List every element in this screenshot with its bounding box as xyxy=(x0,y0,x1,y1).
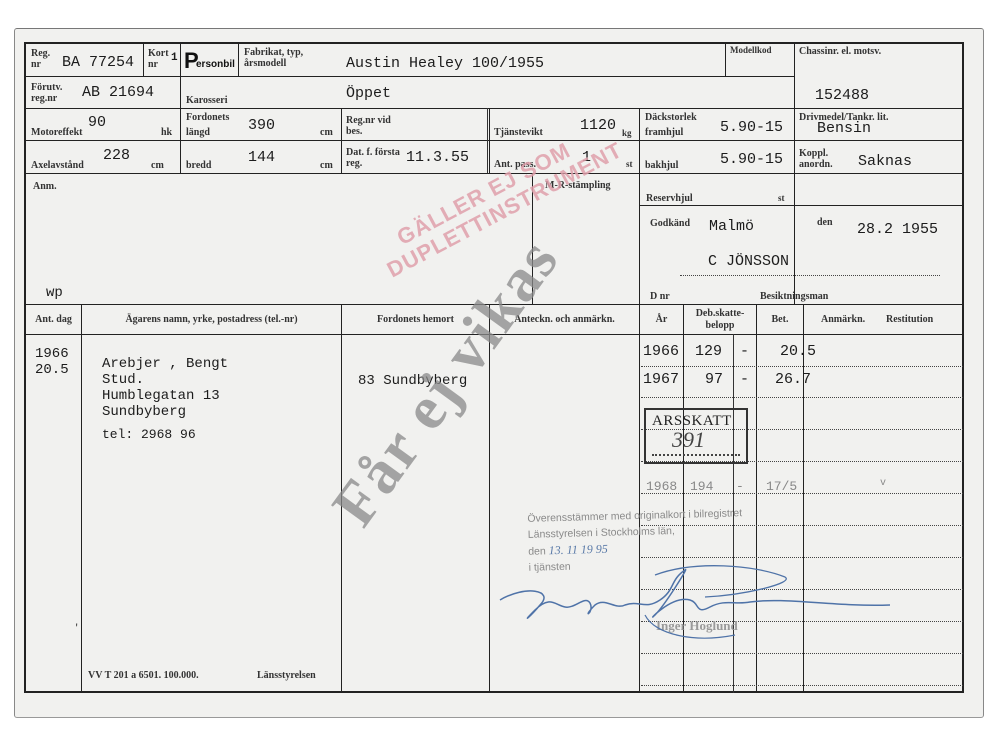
besiktningsman-label: Besiktningsman xyxy=(760,291,828,302)
header-ant-dag: Ant. dag xyxy=(26,314,81,325)
framhjul-value: 5.90-15 xyxy=(720,120,783,136)
tax-1968-year: 1968 xyxy=(646,479,677,494)
tax-1968-ore: - xyxy=(736,479,744,494)
bredd-unit: cm xyxy=(320,160,333,171)
chassi-label: Chassinr. el. motsv. xyxy=(799,46,881,57)
owner-city: Sundbyberg xyxy=(102,404,186,420)
col-line-reg-bes xyxy=(341,108,342,173)
tax-1968-paid: 17/5 xyxy=(766,479,797,494)
tax-row-line xyxy=(641,653,963,654)
tax-1967-year: 1967 xyxy=(643,372,679,388)
motoreffekt-label: Motoreffekt xyxy=(31,127,82,138)
kort-nr-label: Kort nr xyxy=(148,48,170,70)
owner-street: Humblegatan 13 xyxy=(102,388,220,404)
reg-nr-value: BA 77254 xyxy=(62,55,134,71)
col-line-modellkod xyxy=(725,42,726,76)
chassi-value: 152488 xyxy=(815,88,869,104)
row-line-chassi xyxy=(794,108,964,109)
header-deb: Deb.skatte-belopp xyxy=(684,308,756,332)
col-line-tjanst-inner xyxy=(487,108,488,173)
langd-label: längd xyxy=(186,127,210,138)
godkand-label: Godkänd xyxy=(650,218,690,229)
tax-1968-amount: 194 xyxy=(690,479,713,494)
owner-tel: tel: 2968 96 xyxy=(102,427,196,443)
dat-forsta-label: Dat. f. första reg. xyxy=(346,147,404,169)
godkand-place: Malmö xyxy=(709,219,754,235)
row-line-3 xyxy=(26,140,964,141)
tjanstevikt-unit: kg xyxy=(622,128,632,139)
fabrikat-label: Fabrikat, typ, årsmodell xyxy=(244,47,324,69)
col-line-personbil xyxy=(238,42,239,76)
tax-1967-ore: - xyxy=(740,372,749,388)
owner-occupation: Stud. xyxy=(102,372,144,388)
karosseri-label: Karosseri xyxy=(186,95,227,106)
anm-note: wp xyxy=(46,285,63,301)
bakhjul-value: 5.90-15 xyxy=(720,152,783,168)
dackstorlek-label: Däckstorlek xyxy=(645,112,697,123)
forutv-value: AB 21694 xyxy=(82,85,154,101)
arsskatt-value: 391 xyxy=(672,427,705,453)
godkand-date: 28.2 1955 xyxy=(857,222,938,238)
signature-icon xyxy=(495,555,895,645)
tax-1966-paid: 20.5 xyxy=(780,344,816,360)
dnr-label: D nr xyxy=(650,291,670,302)
row-line-reservhjul xyxy=(639,205,964,206)
tax-1966-amount: 129 xyxy=(695,344,722,360)
anm-label: Anm. xyxy=(33,181,57,192)
tax-1966-ore: - xyxy=(740,344,749,360)
col-line-dack xyxy=(639,108,640,304)
form-print-code: VV T 201 a 6501. 100.000. xyxy=(88,670,199,681)
header-bet: Bet. xyxy=(757,314,803,325)
owner-date-day: 20.5 xyxy=(35,362,69,378)
header-agare: Ägarens namn, yrke, postadress (tel.-nr) xyxy=(82,314,341,325)
koppl-label: Koppl. anordn. xyxy=(799,148,835,170)
langd-value: 390 xyxy=(248,118,275,134)
arsskatt-dotted-line xyxy=(652,454,740,456)
bakhjul-label: bakhjul xyxy=(645,160,678,171)
dat-forsta-value: 11.3.55 xyxy=(406,150,469,166)
reservhjul-label: Reservhjul xyxy=(646,193,693,204)
header-anmarkn: Anmärkn. xyxy=(821,314,865,325)
axelavstand-unit: cm xyxy=(151,160,164,171)
tax-1966-year: 1966 xyxy=(643,344,679,360)
col-line-ant-dag xyxy=(81,304,82,693)
col-line-kort xyxy=(143,42,144,76)
col-line-main xyxy=(180,42,181,173)
tax-1967-paid: 26.7 xyxy=(775,372,811,388)
owner-date-year: 1966 xyxy=(35,346,69,362)
tax-row-line xyxy=(641,366,963,367)
ant-pass-unit: st xyxy=(626,159,633,170)
langd-unit: cm xyxy=(320,127,333,138)
tax-1967-amount: 97 xyxy=(705,372,723,388)
den-label: den xyxy=(817,217,833,228)
col-line-chassi xyxy=(794,42,795,304)
owner-name: Arebjer , Bengt xyxy=(102,356,228,372)
kort-nr-value: 1 xyxy=(171,50,178,66)
tjanstevikt-label: Tjänstevikt xyxy=(494,127,543,138)
axelavstand-label: Axelavstånd xyxy=(31,160,84,171)
reg-nr-label: Reg. nr xyxy=(31,48,53,70)
personbil-label: ersonbil xyxy=(196,59,235,70)
inspector-line xyxy=(680,275,940,276)
motoreffekt-unit: hk xyxy=(161,127,172,138)
modellkod-label: Modellkod xyxy=(730,45,772,56)
tick-mark: ' xyxy=(74,620,79,636)
reservhjul-unit: st xyxy=(778,193,785,204)
row-line-2 xyxy=(26,108,794,109)
row-line-1 xyxy=(26,76,794,77)
inspector-name: C JÖNSSON xyxy=(708,254,789,270)
fordonets-label: Fordonets xyxy=(186,112,229,123)
framhjul-label: framhjul xyxy=(645,127,683,138)
header-ar: År xyxy=(640,314,683,325)
arsskatt-stamp: ARSSKATT 391 xyxy=(644,408,748,464)
tax-row-line xyxy=(641,397,963,398)
regnr-bes-label: Reg.nr vid bes. xyxy=(346,115,406,137)
drivmedel-value: Bensin xyxy=(817,121,871,137)
koppl-value: Saknas xyxy=(858,154,912,170)
header-restitution: Restitution xyxy=(886,314,933,325)
bredd-value: 144 xyxy=(248,150,275,166)
motoreffekt-value: 90 xyxy=(88,115,106,131)
axelavstand-value: 228 xyxy=(103,148,130,164)
tax-1968-check: v xyxy=(880,478,886,489)
bredd-label: bredd xyxy=(186,160,211,171)
form-issuer: Länsstyrelsen xyxy=(257,670,316,681)
forutv-label: Förutv. reg.nr xyxy=(31,82,71,104)
tax-row-line xyxy=(641,685,963,686)
karosseri-value: Öppet xyxy=(346,86,391,102)
col-line-tjanst xyxy=(489,108,490,173)
fabrikat-value: Austin Healey 100/1955 xyxy=(346,56,544,72)
